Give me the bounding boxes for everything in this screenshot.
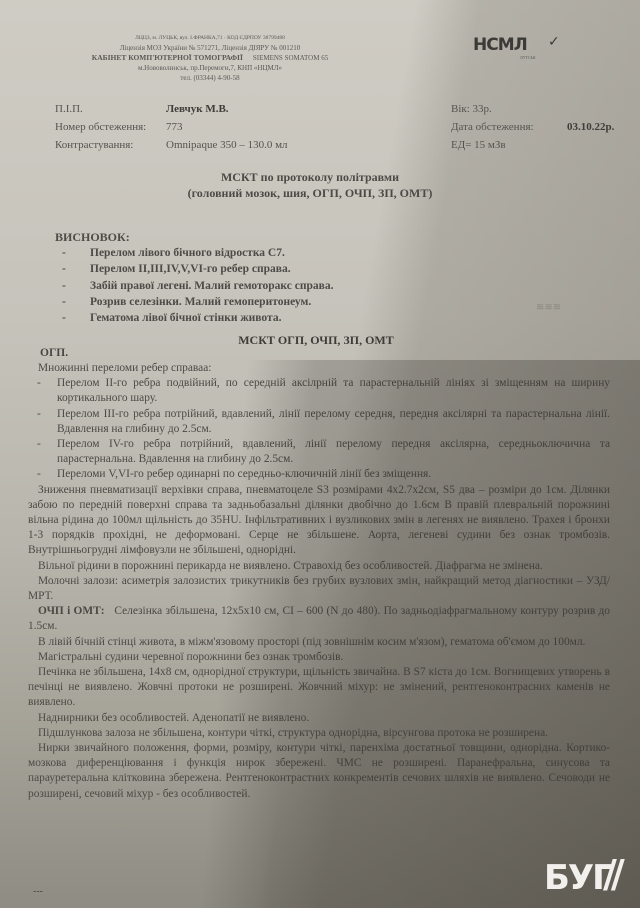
spleen-paragraph: ОЧП і ОМТ: Селезінка збільшена, 12х5х10 … xyxy=(28,604,610,634)
bullet-dash-icon: - xyxy=(37,407,57,422)
address-line: м.Нововолинськ, пр.Перемоги,7, КНП «НЦМЛ… xyxy=(60,63,360,73)
conclusion-text: Перелом лівого бічного відростка С7. xyxy=(90,247,285,259)
cabinet-line: КАБІНЕТ КОМП'ЮТЕРНОЇ ТОМОГРАФІЇSIEMENS S… xyxy=(60,53,360,63)
scanner-name: SIEMENS SOMATOM 65 xyxy=(253,54,328,62)
contrast-label: Контрастування: xyxy=(55,139,133,151)
rib-fracture-text: Перелом III-го ребра потрійний, вдавлени… xyxy=(57,408,610,435)
rib-fracture-item: -Перелом II-го ребра подвійний, по серед… xyxy=(28,376,610,406)
bullet-dash-icon: - xyxy=(37,376,57,391)
kidneys-paragraph: Нирки звичайного положення, форми, розмі… xyxy=(28,741,610,802)
rib-fracture-item: -Перелом IV-го ребра потрійний, вдавлени… xyxy=(28,437,610,467)
conclusion-text: Забій правої легені. Малий гемоторакс сп… xyxy=(90,280,333,292)
rib-fracture-item: -Перелом III-го ребра потрійний, вдавлен… xyxy=(28,407,610,437)
conclusion-text: Гематома лівої бічної стінки живота. xyxy=(90,312,281,324)
conclusion-text: Розрив селезінки. Малий гемоперитонеум. xyxy=(90,296,311,308)
conclusion-heading: ВИСНОВОК: xyxy=(55,230,130,245)
ribs-intro: Множинні переломи ребер справаа: xyxy=(28,361,610,376)
spleen-text: Селезінка збільшена, 12х5х10 см, СІ – 60… xyxy=(28,605,610,632)
lungs-paragraph: Зниження пневматизації верхівки справа, … xyxy=(28,483,610,559)
breast-paragraph: Молочні залози: асиметрія залозистих три… xyxy=(28,574,610,604)
section-heading: МСКТ ОГП, ОЧП, ЗП, ОМТ xyxy=(0,333,636,348)
protocol-subtitle: (головний мозок, шия, ОГП, ОЧП, ЗП, ОМТ) xyxy=(0,186,630,201)
org-line: ЛЦЦЗ, м. ЛУЦЬК, вул. І.ФРАНКА,71 · КОД Є… xyxy=(60,33,360,43)
bullet-dash-icon: - xyxy=(62,263,90,275)
conclusion-item: -Перелом II,III,IV,V,VI-го ребер справа. xyxy=(62,263,291,275)
exam-date-value: 03.10.22р. xyxy=(567,121,614,133)
bullet-dash-icon: - xyxy=(62,247,90,259)
patient-name: Левчук М.В. xyxy=(166,103,229,115)
contrast-value: Omnipaque 350 – 130.0 мл xyxy=(166,139,288,151)
faint-stamp: ≋≋≋ xyxy=(536,302,561,313)
watermark-slashes-icon: // xyxy=(603,852,619,896)
rib-fracture-text: Переломи V,VI-го ребер одинарні по серед… xyxy=(57,468,431,480)
protocol-title: МСКТ по протоколу політравми xyxy=(0,170,630,185)
bullet-dash-icon: - xyxy=(37,467,57,482)
abdomen-label: ОЧП і ОМТ: xyxy=(38,605,105,617)
age: Вік: 33р. xyxy=(451,103,492,115)
pericardium-paragraph: Вільної рідини в порожнині перикарда не … xyxy=(28,559,610,574)
bullet-dash-icon: - xyxy=(37,437,57,452)
exam-date: 03.10.22р. xyxy=(567,121,614,133)
conclusion-item: -Забій правої легені. Малий гемоторакс с… xyxy=(62,280,333,292)
exam-number-value: 773 xyxy=(166,121,183,133)
pancreas-paragraph: Підшлункова залоза не збільшена, контури… xyxy=(28,726,610,741)
rib-fracture-text: Перелом IV-го ребра потрійний, вдавлений… xyxy=(57,438,610,465)
rib-fracture-list: -Перелом II-го ребра подвійний, по серед… xyxy=(28,376,610,482)
vessels-paragraph: Магістральні судини черевної порожнини б… xyxy=(28,650,610,665)
adrenals-paragraph: Наднирники без особливостей. Аденопатії … xyxy=(28,711,610,726)
bug-watermark-logo: БУГ xyxy=(544,858,612,898)
clinic-logo: НСМЛ xyxy=(473,35,527,55)
rib-fracture-item: -Переломи V,VI-го ребер одинарні по сере… xyxy=(28,467,610,482)
clinic-header: ЛЦЦЗ, м. ЛУЦЬК, вул. І.ФРАНКА,71 · КОД Є… xyxy=(60,33,360,83)
bullet-dash-icon: - xyxy=(62,280,90,292)
report-body: Множинні переломи ребер справаа: -Перело… xyxy=(28,361,610,802)
abdominal-wall-paragraph: В лівій бічній стінці живота, в міжм'язо… xyxy=(28,635,610,650)
exam-number-label: Номер обстеження: xyxy=(55,121,146,133)
conclusion-item: -Розрив селезінки. Малий гемоперитонеум. xyxy=(62,296,311,308)
logo-swoosh-icon: ✓ xyxy=(548,34,560,50)
effective-dose: ЕД= 15 мЗв xyxy=(451,139,506,151)
trailing-dashes: --- xyxy=(33,886,43,897)
ogp-heading: ОГП. xyxy=(40,347,68,359)
liver-paragraph: Печінка не збільшена, 14х8 см, однорідно… xyxy=(28,665,610,711)
conclusion-item: -Гематома лівої бічної стінки живота. xyxy=(62,312,281,324)
rib-fracture-text: Перелом II-го ребра подвійний, по середн… xyxy=(57,377,610,404)
phone-line: тел. (03344) 4-90-58 xyxy=(60,73,360,83)
patient-name-label: П.І.П. xyxy=(55,103,83,115)
conclusion-item: -Перелом лівого бічного відростка С7. xyxy=(62,247,285,259)
conclusion-text: Перелом II,III,IV,V,VI-го ребер справа. xyxy=(90,263,291,275)
patient-name-value: Левчук М.В. xyxy=(166,103,229,115)
bullet-dash-icon: - xyxy=(62,296,90,308)
logo-tagline: ЛУТСЬК xyxy=(520,55,536,60)
exam-date-label: Дата обстеження: xyxy=(451,121,534,133)
bullet-dash-icon: - xyxy=(62,312,90,324)
cabinet-name: КАБІНЕТ КОМП'ЮТЕРНОЇ ТОМОГРАФІЇ xyxy=(92,53,243,62)
license-line: Ліцензія МОЗ України № 571271, Ліцензія … xyxy=(60,43,360,53)
